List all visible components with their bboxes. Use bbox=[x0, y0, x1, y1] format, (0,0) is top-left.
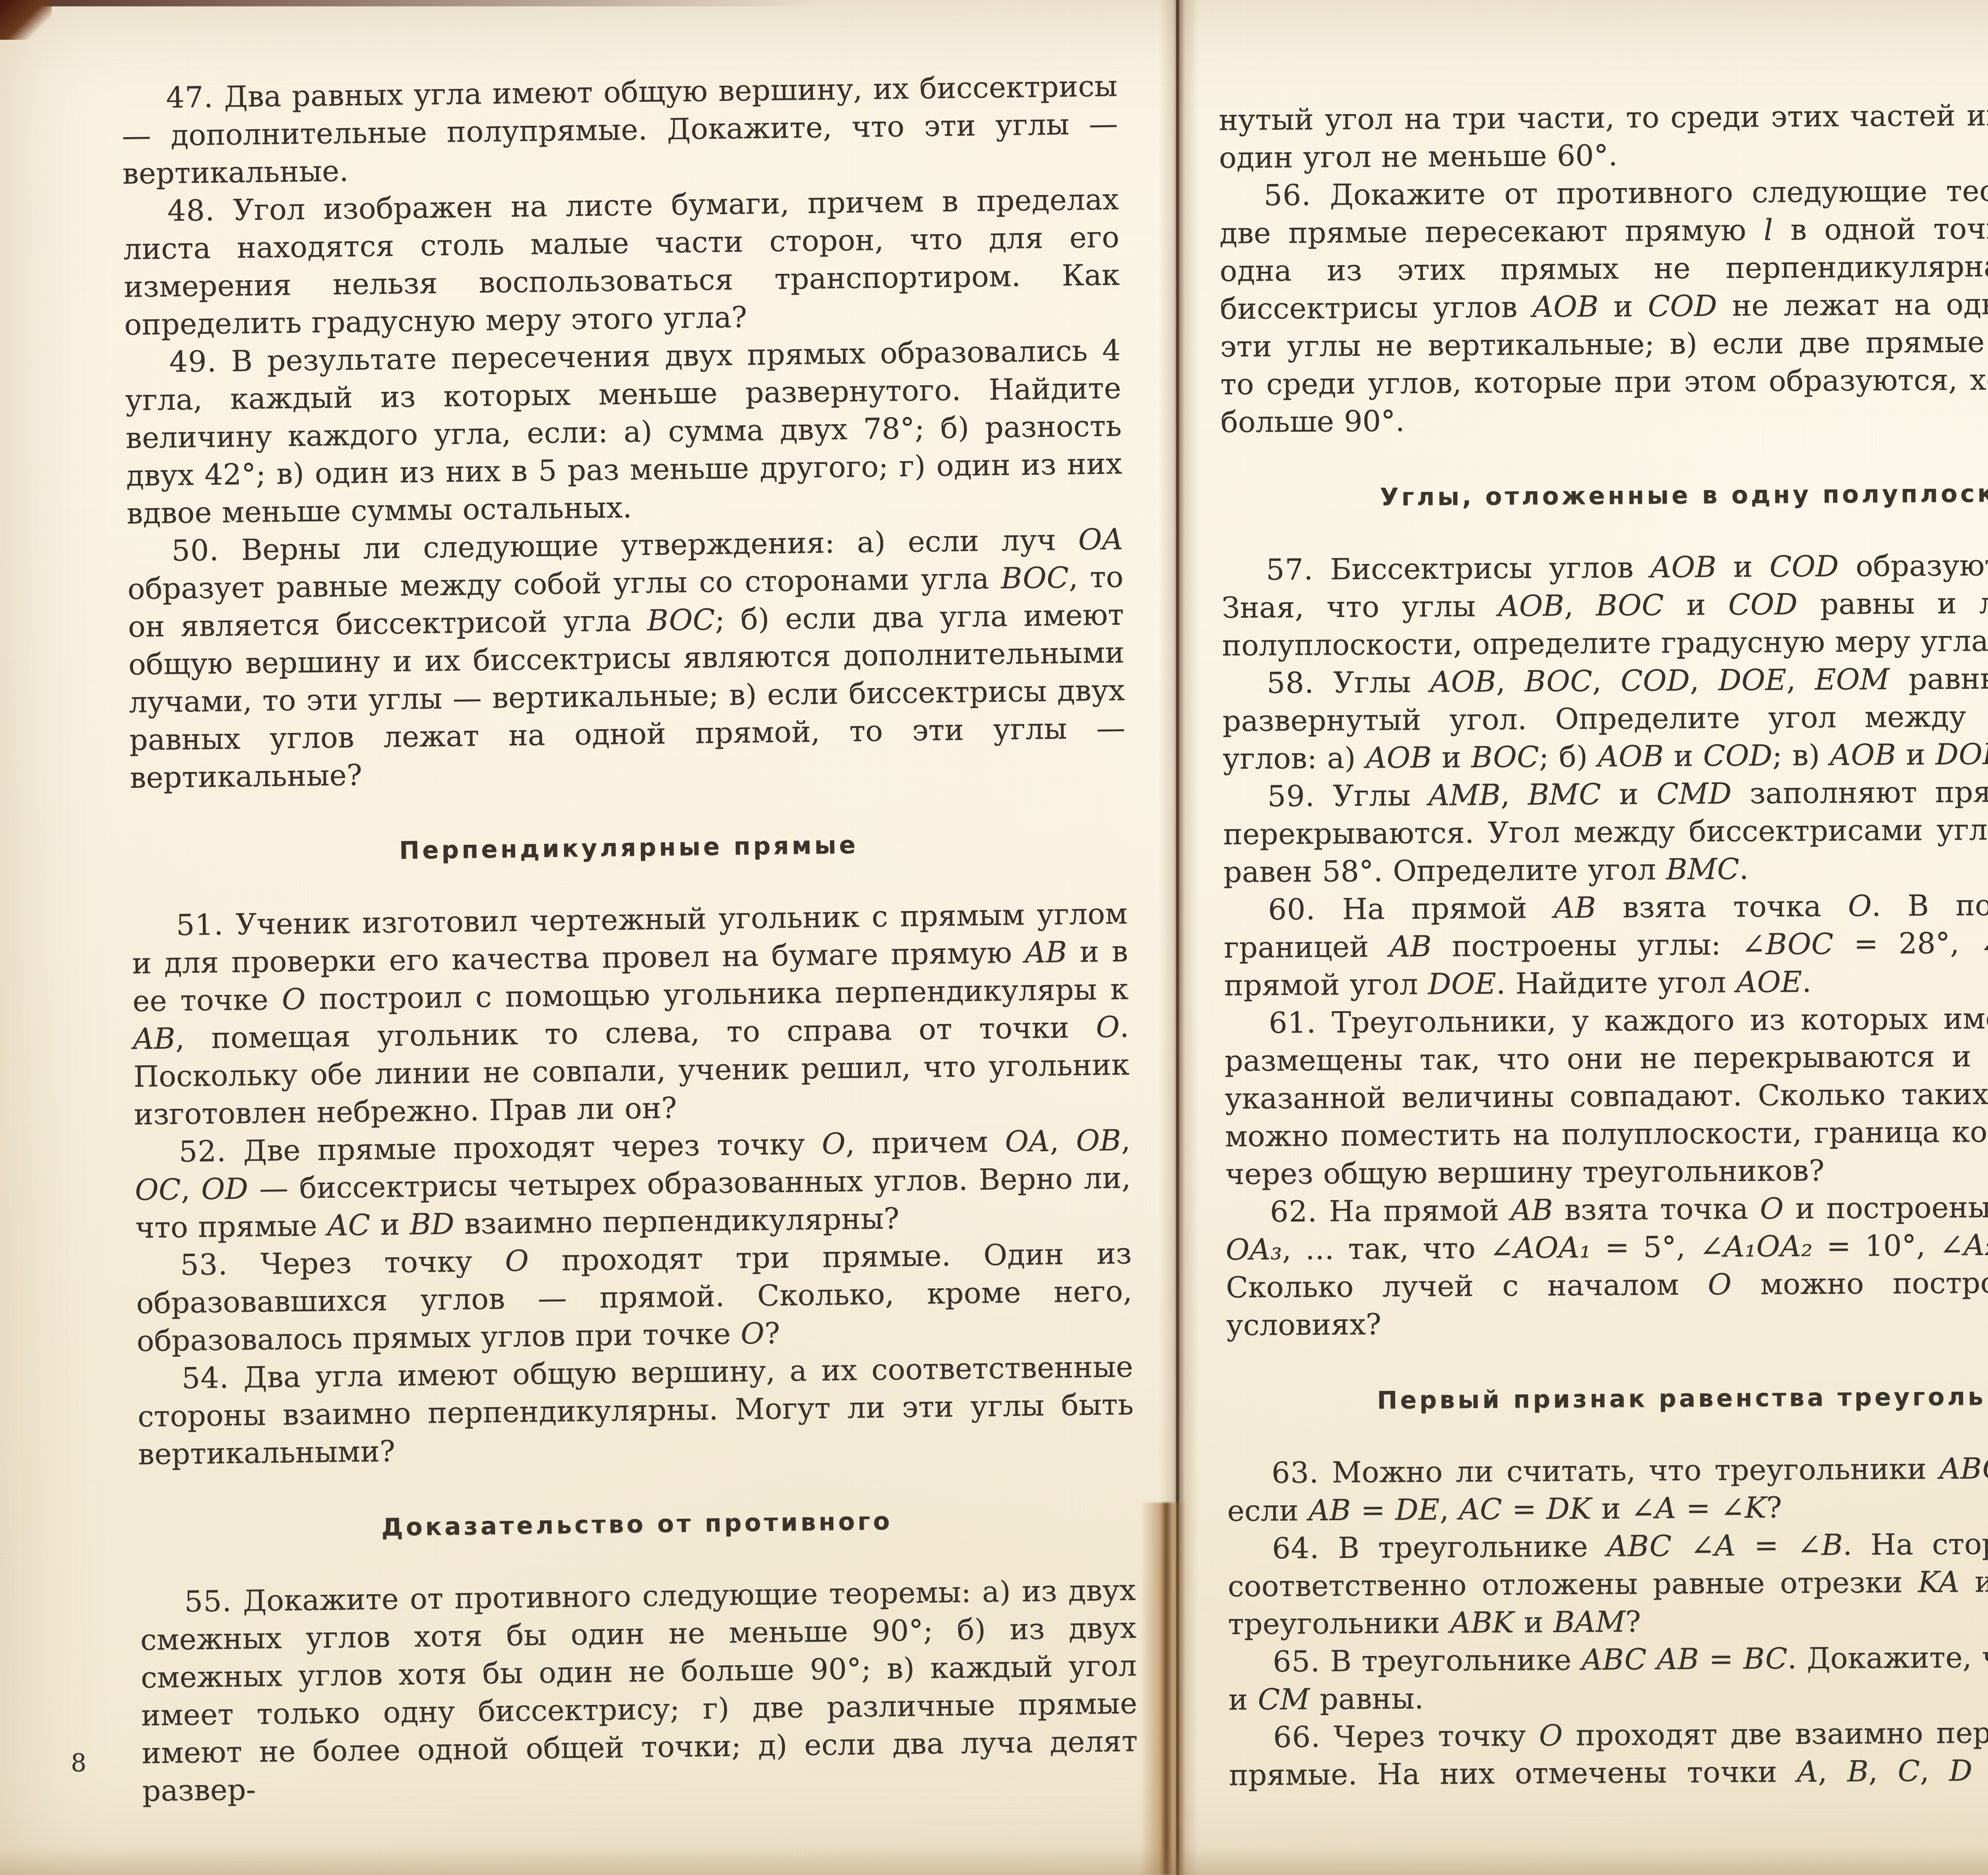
problem-65: 65. В треугольнике ABC AB = BC. Докажите… bbox=[1228, 1637, 1988, 1718]
problem-63: 63. Можно ли считать, что треугольники A… bbox=[1227, 1448, 1988, 1530]
problem-58: 58. Углы AOB, BOC, COD, DOE, EOM равны и… bbox=[1222, 659, 1988, 778]
section-heading: Перпендикулярные прямые bbox=[130, 828, 1127, 868]
problem-62: 62. На прямой AB взята точка O и построе… bbox=[1225, 1187, 1988, 1344]
problem-continuation: нутый угол на три части, то среди этих ч… bbox=[1219, 95, 1988, 177]
problem-48: 48. Угол изображен на листе бумаги, прич… bbox=[122, 180, 1120, 344]
photo-top-edge-shadow bbox=[0, 0, 1034, 6]
page-number-left: 8 bbox=[71, 1748, 86, 1777]
section-heading: Первый признак равенства треугольников bbox=[1227, 1381, 1988, 1415]
section-heading: Доказательство от противного bbox=[139, 1504, 1135, 1545]
problem-56: 56. Докажите от противного следующие тео… bbox=[1219, 171, 1988, 441]
problem-55: 55. Докажите от противного следующие тео… bbox=[140, 1571, 1138, 1810]
problem-54: 54. Два угла имеют общую вершину, а их с… bbox=[137, 1348, 1134, 1474]
problem-47: 47. Два равных угла имеют общую вершину,… bbox=[121, 67, 1118, 193]
book-spine-tear bbox=[1140, 1503, 1188, 1875]
problem-66: 66. Через точку O проходят две взаимно п… bbox=[1229, 1712, 1988, 1794]
problem-49: 49. В результате пересечения двух прямых… bbox=[124, 332, 1123, 533]
problem-51: 51. Ученик изготовил чертежный угольник … bbox=[131, 895, 1130, 1134]
book-cover-corner bbox=[0, 0, 52, 40]
right-page-text-column: нутый угол на три части, то среди этих ч… bbox=[1219, 95, 1988, 1794]
left-page-text-column: 47. Два равных угла имеют общую вершину,… bbox=[121, 67, 1138, 1810]
page-bottom-edge-shadow bbox=[0, 1847, 1988, 1875]
problem-57: 57. Биссектрисы углов AOB и COD образуют… bbox=[1221, 545, 1988, 665]
problem-61: 61. Треугольники, у каждого из которых и… bbox=[1224, 999, 1988, 1193]
book-spread-scan: 47. Два равных угла имеют общую вершину,… bbox=[0, 0, 1988, 1875]
problem-59: 59. Углы AMB, BMC и CMD заполняют прямой… bbox=[1223, 772, 1988, 891]
section-heading: Углы, отложенные в одну полуплоскость bbox=[1221, 478, 1988, 512]
left-page: 47. Два равных угла имеют общую вершину,… bbox=[121, 67, 1138, 1810]
right-page: нутый угол на три части, то среди этих ч… bbox=[1219, 95, 1988, 1794]
problem-50: 50. Верны ли следующие утверждения: а) е… bbox=[127, 520, 1126, 797]
problem-52: 52. Две прямые проходят через точку O, п… bbox=[134, 1121, 1131, 1247]
problem-60: 60. На прямой AB взята точка O. В полупл… bbox=[1223, 885, 1988, 1004]
problem-53: 53. Через точку O проходят три прямые. О… bbox=[136, 1235, 1133, 1360]
problem-64: 64. В треугольнике ABC ∠A = ∠B. На сторо… bbox=[1227, 1524, 1988, 1643]
